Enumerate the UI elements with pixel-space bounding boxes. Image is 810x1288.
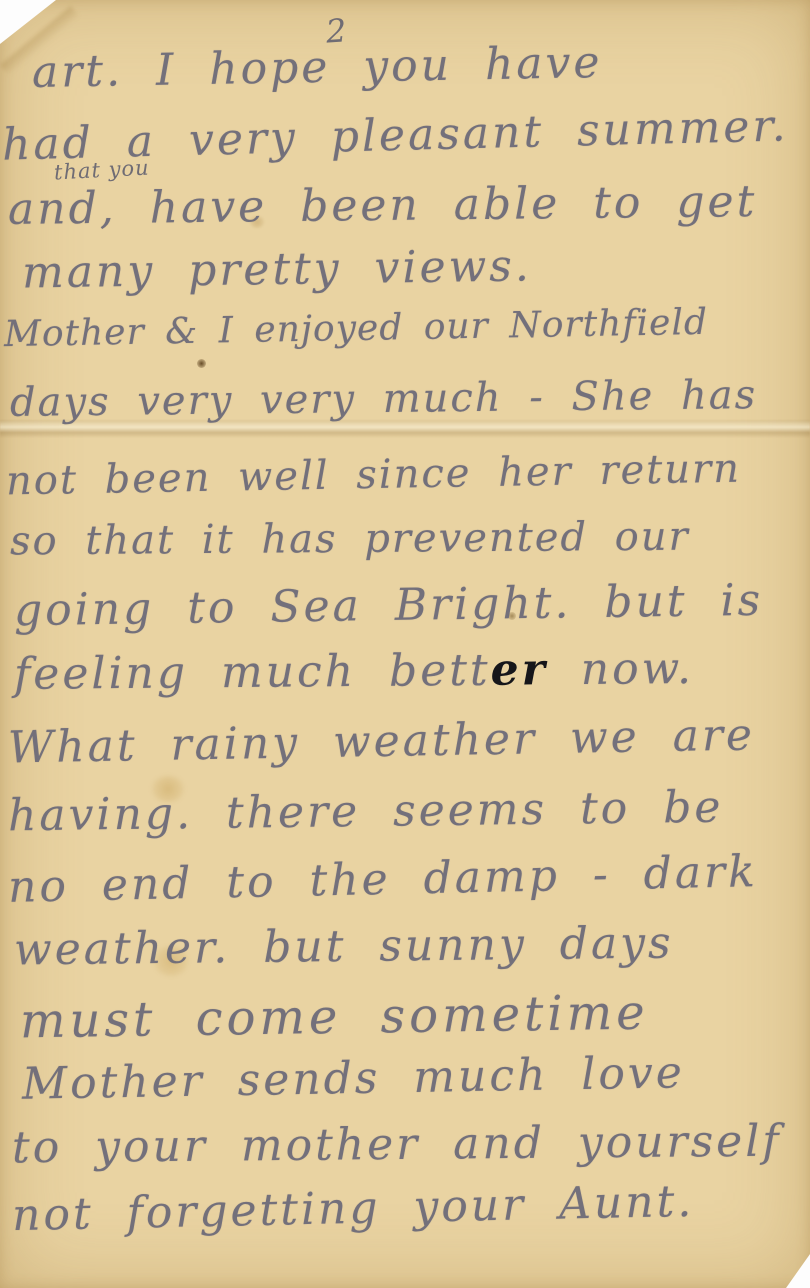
ink-correction: er <box>490 644 548 695</box>
letter-line: not forgetting your Aunt. <box>12 1176 695 1241</box>
stain-spot <box>197 359 206 368</box>
line-text-post: now. <box>548 643 695 695</box>
letter-line: days very very much - She has <box>10 372 758 426</box>
scan-background: 2 art. I hope you have had a very pleasa… <box>0 0 810 1288</box>
letter-line: art. I hope you have <box>32 37 603 98</box>
letter-line: to your mother and yourself <box>12 1116 782 1174</box>
letter-line: and, have been able to get <box>8 176 758 235</box>
letter-line: weather. but sunny days <box>14 918 674 976</box>
letter-line: not been well since her return <box>6 446 742 505</box>
letter-line-with-correction: feeling much better now. <box>14 643 694 700</box>
letter-line: What rainy weather we are <box>8 709 756 773</box>
letter-line: having. there seems to be <box>8 782 724 842</box>
interline-insertion: that you <box>53 156 150 185</box>
letter-line: no end to the damp - dark <box>8 846 759 913</box>
letter-page: 2 art. I hope you have had a very pleasa… <box>0 0 810 1288</box>
letter-line: Mother & I enjoyed our Northfield <box>4 302 709 355</box>
line-text-pre: feeling much bett <box>14 645 491 700</box>
letter-line: going to Sea Bright. but is <box>14 575 764 636</box>
letter-line: so that it has prevented our <box>10 514 690 565</box>
letter-line: Mother sends much love <box>22 1047 686 1110</box>
letter-line: must come sometime <box>20 985 649 1050</box>
letter-line: many pretty views. <box>22 240 532 298</box>
